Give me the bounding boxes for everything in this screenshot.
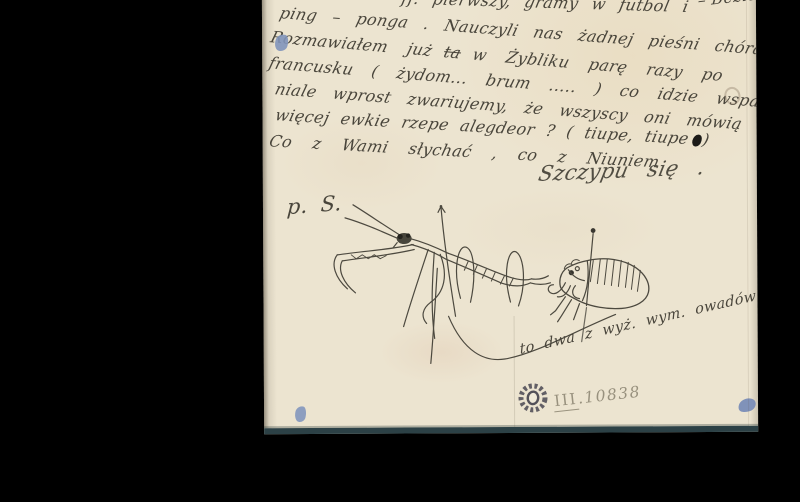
rosette-collection-stamp-icon: [516, 381, 550, 415]
scanned-letter-view: ff. pierwszy, gramy w futbol i – Bezić p…: [0, 0, 800, 502]
letter-paper: ff. pierwszy, gramy w futbol i – Bezić p…: [262, 0, 758, 434]
praying-mantis-ink-sketch: [334, 204, 551, 364]
insect-sketches: [262, 0, 758, 434]
catalog-roman-numeral: III: [552, 390, 579, 413]
